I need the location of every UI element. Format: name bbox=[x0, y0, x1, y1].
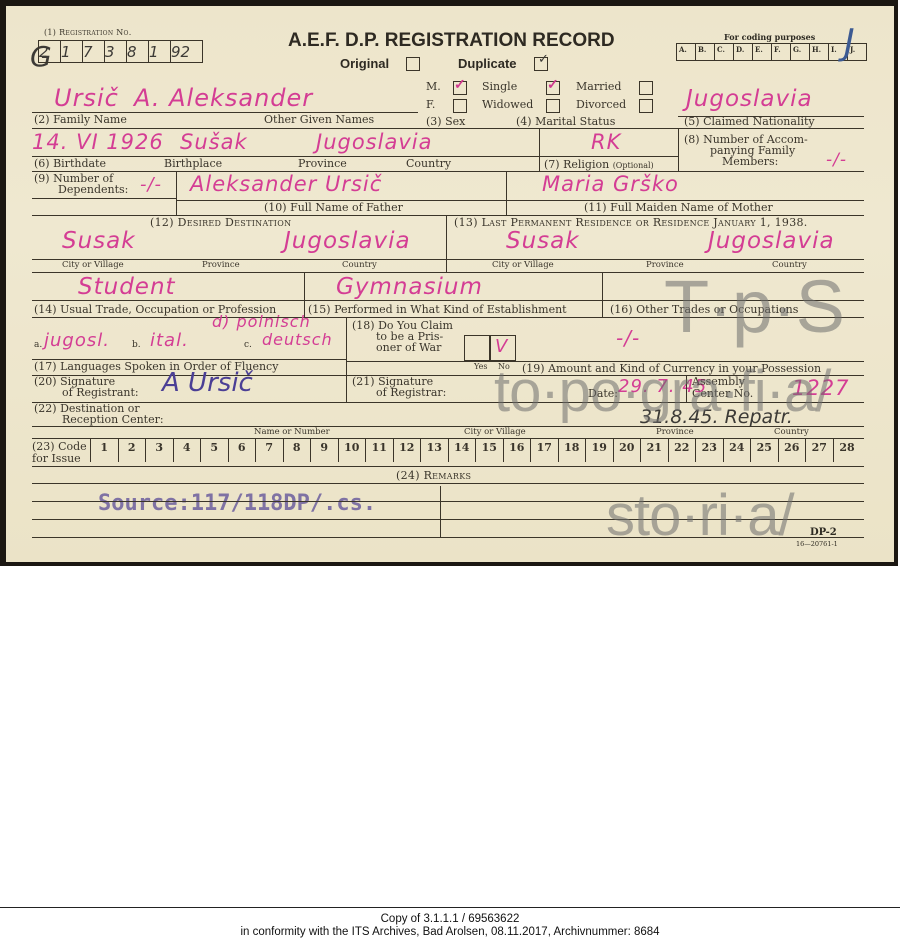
code-cell[interactable]: 20 bbox=[613, 438, 641, 462]
birth-country-value: Jugoslavia bbox=[316, 130, 432, 154]
code-cell[interactable]: 26 bbox=[778, 438, 806, 462]
single-label: Single bbox=[482, 80, 517, 93]
form-number: DP-2 bbox=[810, 527, 837, 538]
residence-country-value: Jugoslavia bbox=[708, 228, 835, 254]
birthdate-value: 14. VI 1926 bbox=[32, 130, 164, 154]
lang-a-marker: a. bbox=[34, 340, 42, 350]
code-cell[interactable]: 14 bbox=[448, 438, 476, 462]
lang-b-marker: b. bbox=[132, 340, 141, 350]
footer-conformity-line: in conformity with the ITS Archives, Bad… bbox=[0, 926, 900, 938]
duplicate-checkbox[interactable]: ✓ bbox=[534, 57, 548, 71]
code-cell[interactable]: 4 bbox=[173, 438, 201, 462]
code-cell[interactable]: 1 bbox=[91, 438, 119, 462]
dependents-label-2: Dependents: bbox=[58, 183, 128, 196]
pow-label-3: oner of War bbox=[376, 341, 441, 354]
divorced-label: Divorced bbox=[576, 98, 626, 111]
code-province-label: Province bbox=[656, 427, 694, 437]
language-a-value: jugosl. bbox=[44, 330, 110, 351]
res-city-label: City or Village bbox=[492, 260, 554, 270]
code-cell[interactable]: 21 bbox=[641, 438, 669, 462]
registrant-signature: A Ursič bbox=[162, 368, 253, 398]
birth-province-label: Province bbox=[298, 157, 347, 170]
code-cell[interactable]: 5 bbox=[201, 438, 229, 462]
claimed-nationality-label: (5) Claimed Nationality bbox=[684, 115, 815, 128]
language-d-value: d) polnisch bbox=[212, 312, 311, 331]
dest-province-label: Province bbox=[202, 260, 240, 270]
religion-label: (7) Religion (Optional) bbox=[544, 158, 654, 171]
desired-destination-label: (12) Desired Destination bbox=[150, 216, 291, 229]
religion-value: RK bbox=[591, 130, 621, 154]
currency-value: -/- bbox=[616, 326, 640, 350]
single-checkbox[interactable]: ✓ bbox=[546, 81, 560, 95]
code-cell[interactable]: 19 bbox=[586, 438, 614, 462]
code-cell[interactable]: 15 bbox=[476, 438, 504, 462]
dest-city-label: City or Village bbox=[62, 260, 124, 270]
code-cell[interactable]: 24 bbox=[723, 438, 751, 462]
code-cell[interactable]: 10 bbox=[338, 438, 366, 462]
mother-name-value: Maria Grško bbox=[542, 172, 679, 196]
registration-card: (1) Registration No. G 2 1 7 3 8 1 92 A.… bbox=[6, 6, 894, 562]
sig-registrar-label-2: of Registrar: bbox=[376, 386, 446, 399]
code-cell[interactable]: 18 bbox=[558, 438, 586, 462]
code-cell[interactable]: 25 bbox=[751, 438, 779, 462]
birthplace-label: Birthplace bbox=[164, 157, 222, 170]
mother-label: (11) Full Maiden Name of Mother bbox=[584, 201, 773, 214]
sex-m-label: M. bbox=[426, 80, 441, 93]
language-b-value: ital. bbox=[150, 330, 189, 351]
watermark-line-1: T·p·S bbox=[664, 264, 844, 349]
document-scan-frame: (1) Registration No. G 2 1 7 3 8 1 92 A.… bbox=[0, 0, 898, 566]
birthplace-value: Sušak bbox=[180, 130, 248, 154]
birthdate-label: (6) Birthdate bbox=[34, 157, 106, 170]
accompanying-value: -/- bbox=[826, 150, 847, 170]
sig-registrant-label-2: of Registrant: bbox=[62, 386, 139, 399]
establishment-label: (15) Performed in What Kind of Establish… bbox=[308, 303, 567, 316]
code-cell[interactable]: 27 bbox=[806, 438, 834, 462]
destination-city-value: Susak bbox=[62, 228, 136, 254]
code-cell[interactable]: 28 bbox=[833, 438, 861, 462]
form-title: A.E.F. D.P. REGISTRATION RECORD bbox=[288, 30, 615, 52]
code-cell[interactable]: 13 bbox=[421, 438, 449, 462]
coding-label: For coding purposes bbox=[724, 32, 815, 42]
name-or-number-label: Name or Number bbox=[254, 427, 330, 437]
father-label: (10) Full Name of Father bbox=[264, 201, 403, 214]
sex-m-checkbox[interactable]: ✓ bbox=[453, 81, 467, 95]
married-label: Married bbox=[576, 80, 621, 93]
code-cell[interactable]: 22 bbox=[668, 438, 696, 462]
registration-label: (1) Registration No. bbox=[44, 28, 132, 37]
sex-f-label: F. bbox=[426, 98, 435, 111]
widowed-label: Widowed bbox=[482, 98, 533, 111]
code-cell[interactable]: 8 bbox=[283, 438, 311, 462]
coding-boxes: A.B.C.D.E.F.G.H.I.J. bbox=[676, 43, 867, 61]
duplicate-label: Duplicate bbox=[458, 56, 517, 71]
sex-f-checkbox[interactable] bbox=[453, 99, 467, 113]
dest-country-label: Country bbox=[342, 260, 377, 270]
source-stamp: Source:117/118DP/.cs. bbox=[98, 491, 376, 516]
print-code: 16—20761-1 bbox=[796, 540, 838, 548]
code-cell[interactable]: 12 bbox=[393, 438, 421, 462]
destination-country-value: Jugoslavia bbox=[284, 228, 411, 254]
code-for-issue-grid: 1 2 3 4 5 6 7 8 9 10 11 12 13 14 15 16 1… bbox=[90, 438, 861, 462]
destination-label-2: Reception Center: bbox=[62, 413, 164, 426]
watermark-line-2: to·po·gra·fi·a/ bbox=[494, 358, 830, 425]
code-cell[interactable]: 3 bbox=[146, 438, 174, 462]
footer-copy-line: Copy of 3.1.1.1 / 69563622 bbox=[0, 913, 900, 925]
pow-yes-label: Yes bbox=[474, 362, 487, 371]
code-country-label: Country bbox=[774, 427, 809, 437]
accompanying-label-3: Members: bbox=[722, 155, 778, 168]
code-cell[interactable]: 6 bbox=[228, 438, 256, 462]
residence-city-value: Susak bbox=[506, 228, 580, 254]
code-cell[interactable]: 16 bbox=[503, 438, 531, 462]
divorced-checkbox[interactable] bbox=[639, 99, 653, 113]
pow-yes-box[interactable] bbox=[464, 335, 490, 361]
language-c-value: deutsch bbox=[262, 330, 333, 349]
dependents-value: -/- bbox=[140, 174, 162, 195]
footer-divider bbox=[0, 907, 900, 908]
nationality-value: Jugoslavia bbox=[686, 86, 813, 112]
occupation-value: Student bbox=[78, 274, 176, 300]
birth-country-label: Country bbox=[406, 157, 451, 170]
marital-status-label: (4) Marital Status bbox=[516, 115, 615, 128]
original-label: Original bbox=[340, 56, 389, 71]
other-names-value: A. Aleksander bbox=[134, 84, 313, 112]
father-name-value: Aleksander Ursič bbox=[190, 172, 382, 196]
lang-c-marker: c. bbox=[244, 340, 252, 350]
other-given-names-label: Other Given Names bbox=[264, 113, 374, 126]
code-cell[interactable]: 7 bbox=[256, 438, 284, 462]
family-name-value: Ursič bbox=[54, 84, 119, 112]
establishment-value: Gymnasium bbox=[336, 274, 483, 300]
sex-label: (3) Sex bbox=[426, 115, 465, 128]
code-cell[interactable]: 17 bbox=[531, 438, 559, 462]
family-name-label: (2) Family Name bbox=[34, 113, 127, 126]
code-label-2: for Issue bbox=[32, 452, 81, 465]
watermark-line-3: sto·ri·a/ bbox=[606, 482, 794, 549]
original-checkbox[interactable] bbox=[406, 57, 420, 71]
code-cell[interactable]: 11 bbox=[366, 438, 394, 462]
widowed-checkbox[interactable] bbox=[546, 99, 560, 113]
code-cell[interactable]: 23 bbox=[696, 438, 724, 462]
registration-number-boxes: 2 1 7 3 8 1 92 bbox=[38, 40, 203, 63]
remarks-label: (24) Remarks bbox=[396, 469, 471, 482]
married-checkbox[interactable] bbox=[639, 81, 653, 95]
code-cell[interactable]: 9 bbox=[311, 438, 339, 462]
code-city-label: City or Village bbox=[464, 427, 526, 437]
code-cell[interactable]: 2 bbox=[118, 438, 146, 462]
coding-mark: J bbox=[844, 22, 855, 63]
